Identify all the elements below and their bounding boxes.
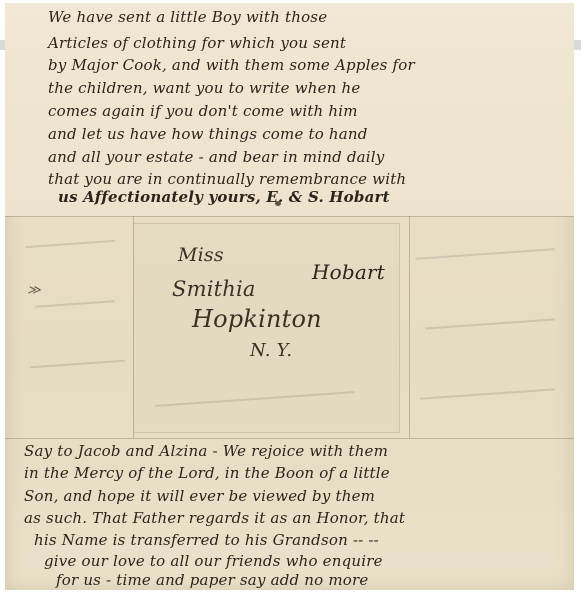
- postscript-line: as such. That Father regards it as an Ho…: [24, 509, 405, 527]
- address-salutation: Miss: [178, 244, 224, 266]
- bleed-through-stroke: [35, 300, 115, 308]
- fold-line-bottom: [5, 438, 574, 439]
- address-given-name: Smithia: [172, 277, 256, 301]
- bleed-through-stroke: [425, 318, 555, 329]
- address-state: N. Y.: [250, 340, 292, 361]
- bleed-through-stroke: [25, 240, 115, 248]
- letter-line: comes again if you don't come with him: [48, 102, 358, 120]
- letter-line: by Major Cook, and with them some Apples…: [48, 56, 415, 74]
- postscript-line: Son, and hope it will ever be viewed by …: [24, 487, 375, 505]
- letter-line: that you are in continually remembrance …: [48, 170, 406, 188]
- fold-line-top: [5, 216, 574, 217]
- margin-mark: ≫: [27, 283, 41, 298]
- bleed-through-stroke: [420, 388, 555, 399]
- fold-line-right: [409, 216, 410, 438]
- postscript-line: in the Mercy of the Lord, in the Boon of…: [24, 464, 390, 482]
- letter-line: the children, want you to write when he: [48, 79, 360, 97]
- address-town: Hopkinton: [192, 305, 322, 333]
- letter-line: Articles of clothing for which you sent: [48, 34, 346, 52]
- bleed-through-stroke: [415, 248, 555, 260]
- letter-line: and all your estate - and bear in mind d…: [48, 148, 384, 166]
- postscript-line: Say to Jacob and Alzina - We rejoice wit…: [24, 442, 388, 460]
- postscript-line: for us - time and paper say add no more: [56, 571, 368, 589]
- postscript-line: give our love to all our friends who enq…: [44, 552, 383, 570]
- postscript-line: his Name is transferred to his Grandson …: [34, 531, 379, 549]
- letter-signature: us Affectionately yours, E. & S. Hobart: [58, 188, 390, 206]
- address-surname: Hobart: [312, 260, 385, 284]
- letter-line: We have sent a little Boy with those: [48, 8, 327, 26]
- bleed-through-stroke: [30, 360, 125, 369]
- letter-line: and let us have how things come to hand: [48, 125, 368, 143]
